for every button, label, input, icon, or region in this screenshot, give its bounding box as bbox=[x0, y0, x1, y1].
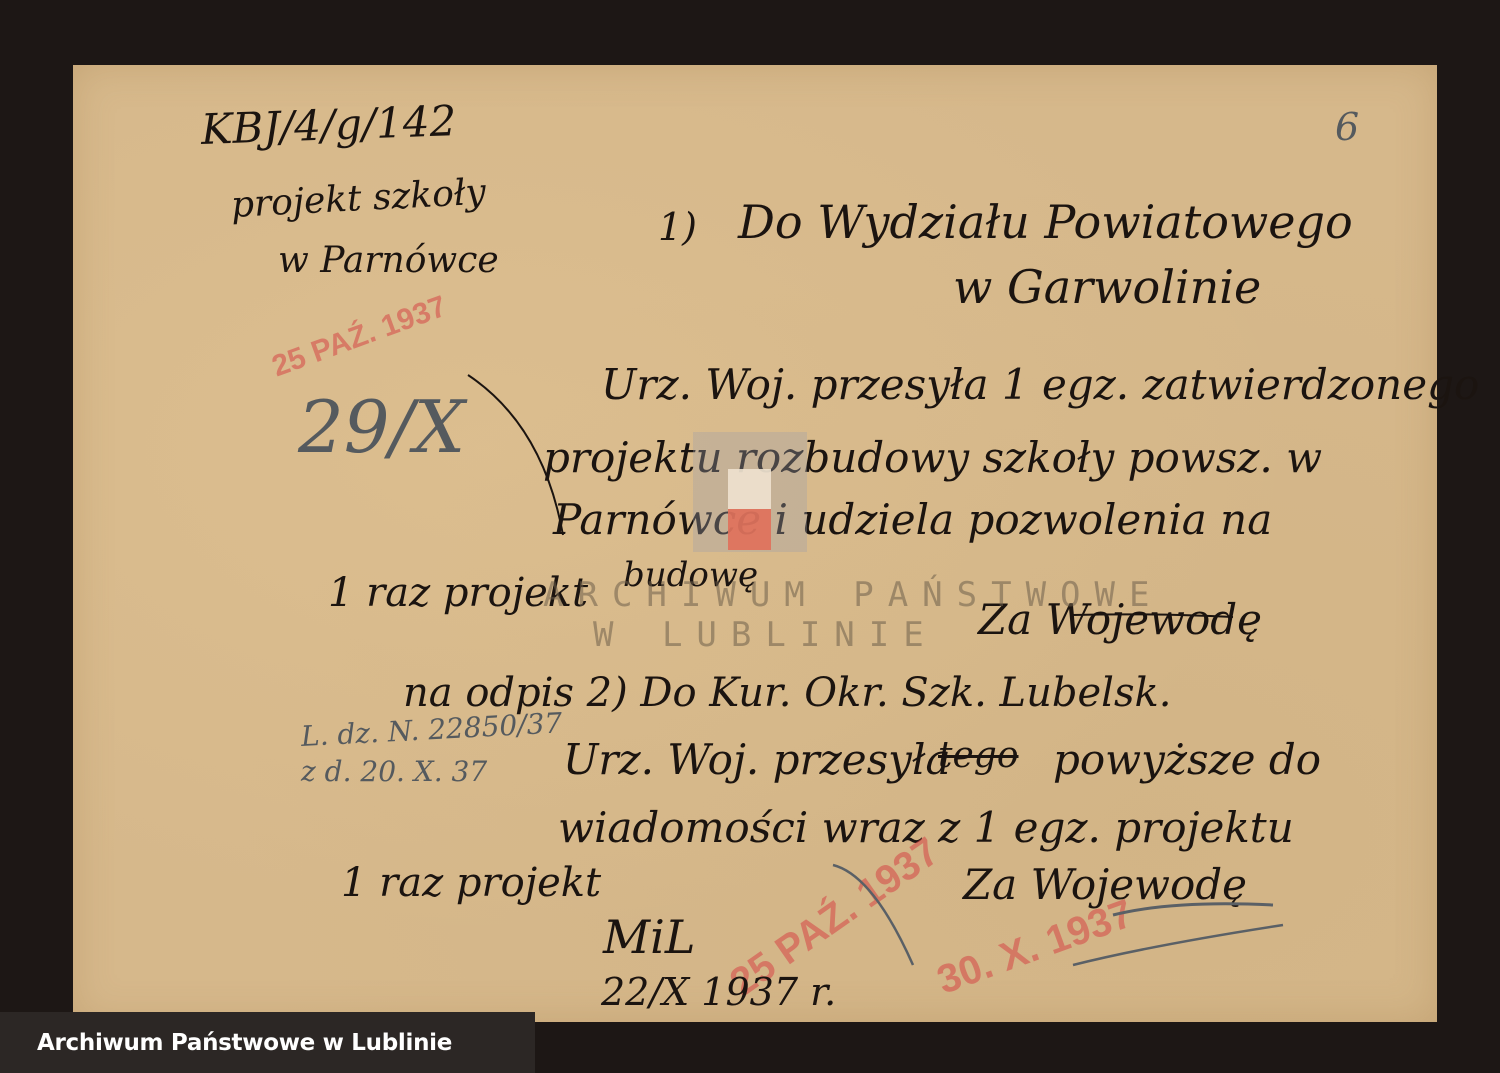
watermark-line-1: ARCHIWUM PAŃSTWOWE bbox=[543, 575, 1163, 615]
flag-red-block bbox=[728, 509, 771, 550]
archive-logo-watermark bbox=[693, 432, 807, 552]
document-page: 6 KBJ/4/g/142 projekt szkoły w Parnówce … bbox=[73, 65, 1437, 1022]
archive-caption-label: Archiwum Państwowe w Lublinie bbox=[37, 1030, 452, 1056]
flag-white-block bbox=[728, 469, 771, 509]
archive-caption-bar: Archiwum Państwowe w Lublinie bbox=[0, 1012, 535, 1073]
watermark-line-2: W LUBLINIE bbox=[593, 615, 938, 655]
